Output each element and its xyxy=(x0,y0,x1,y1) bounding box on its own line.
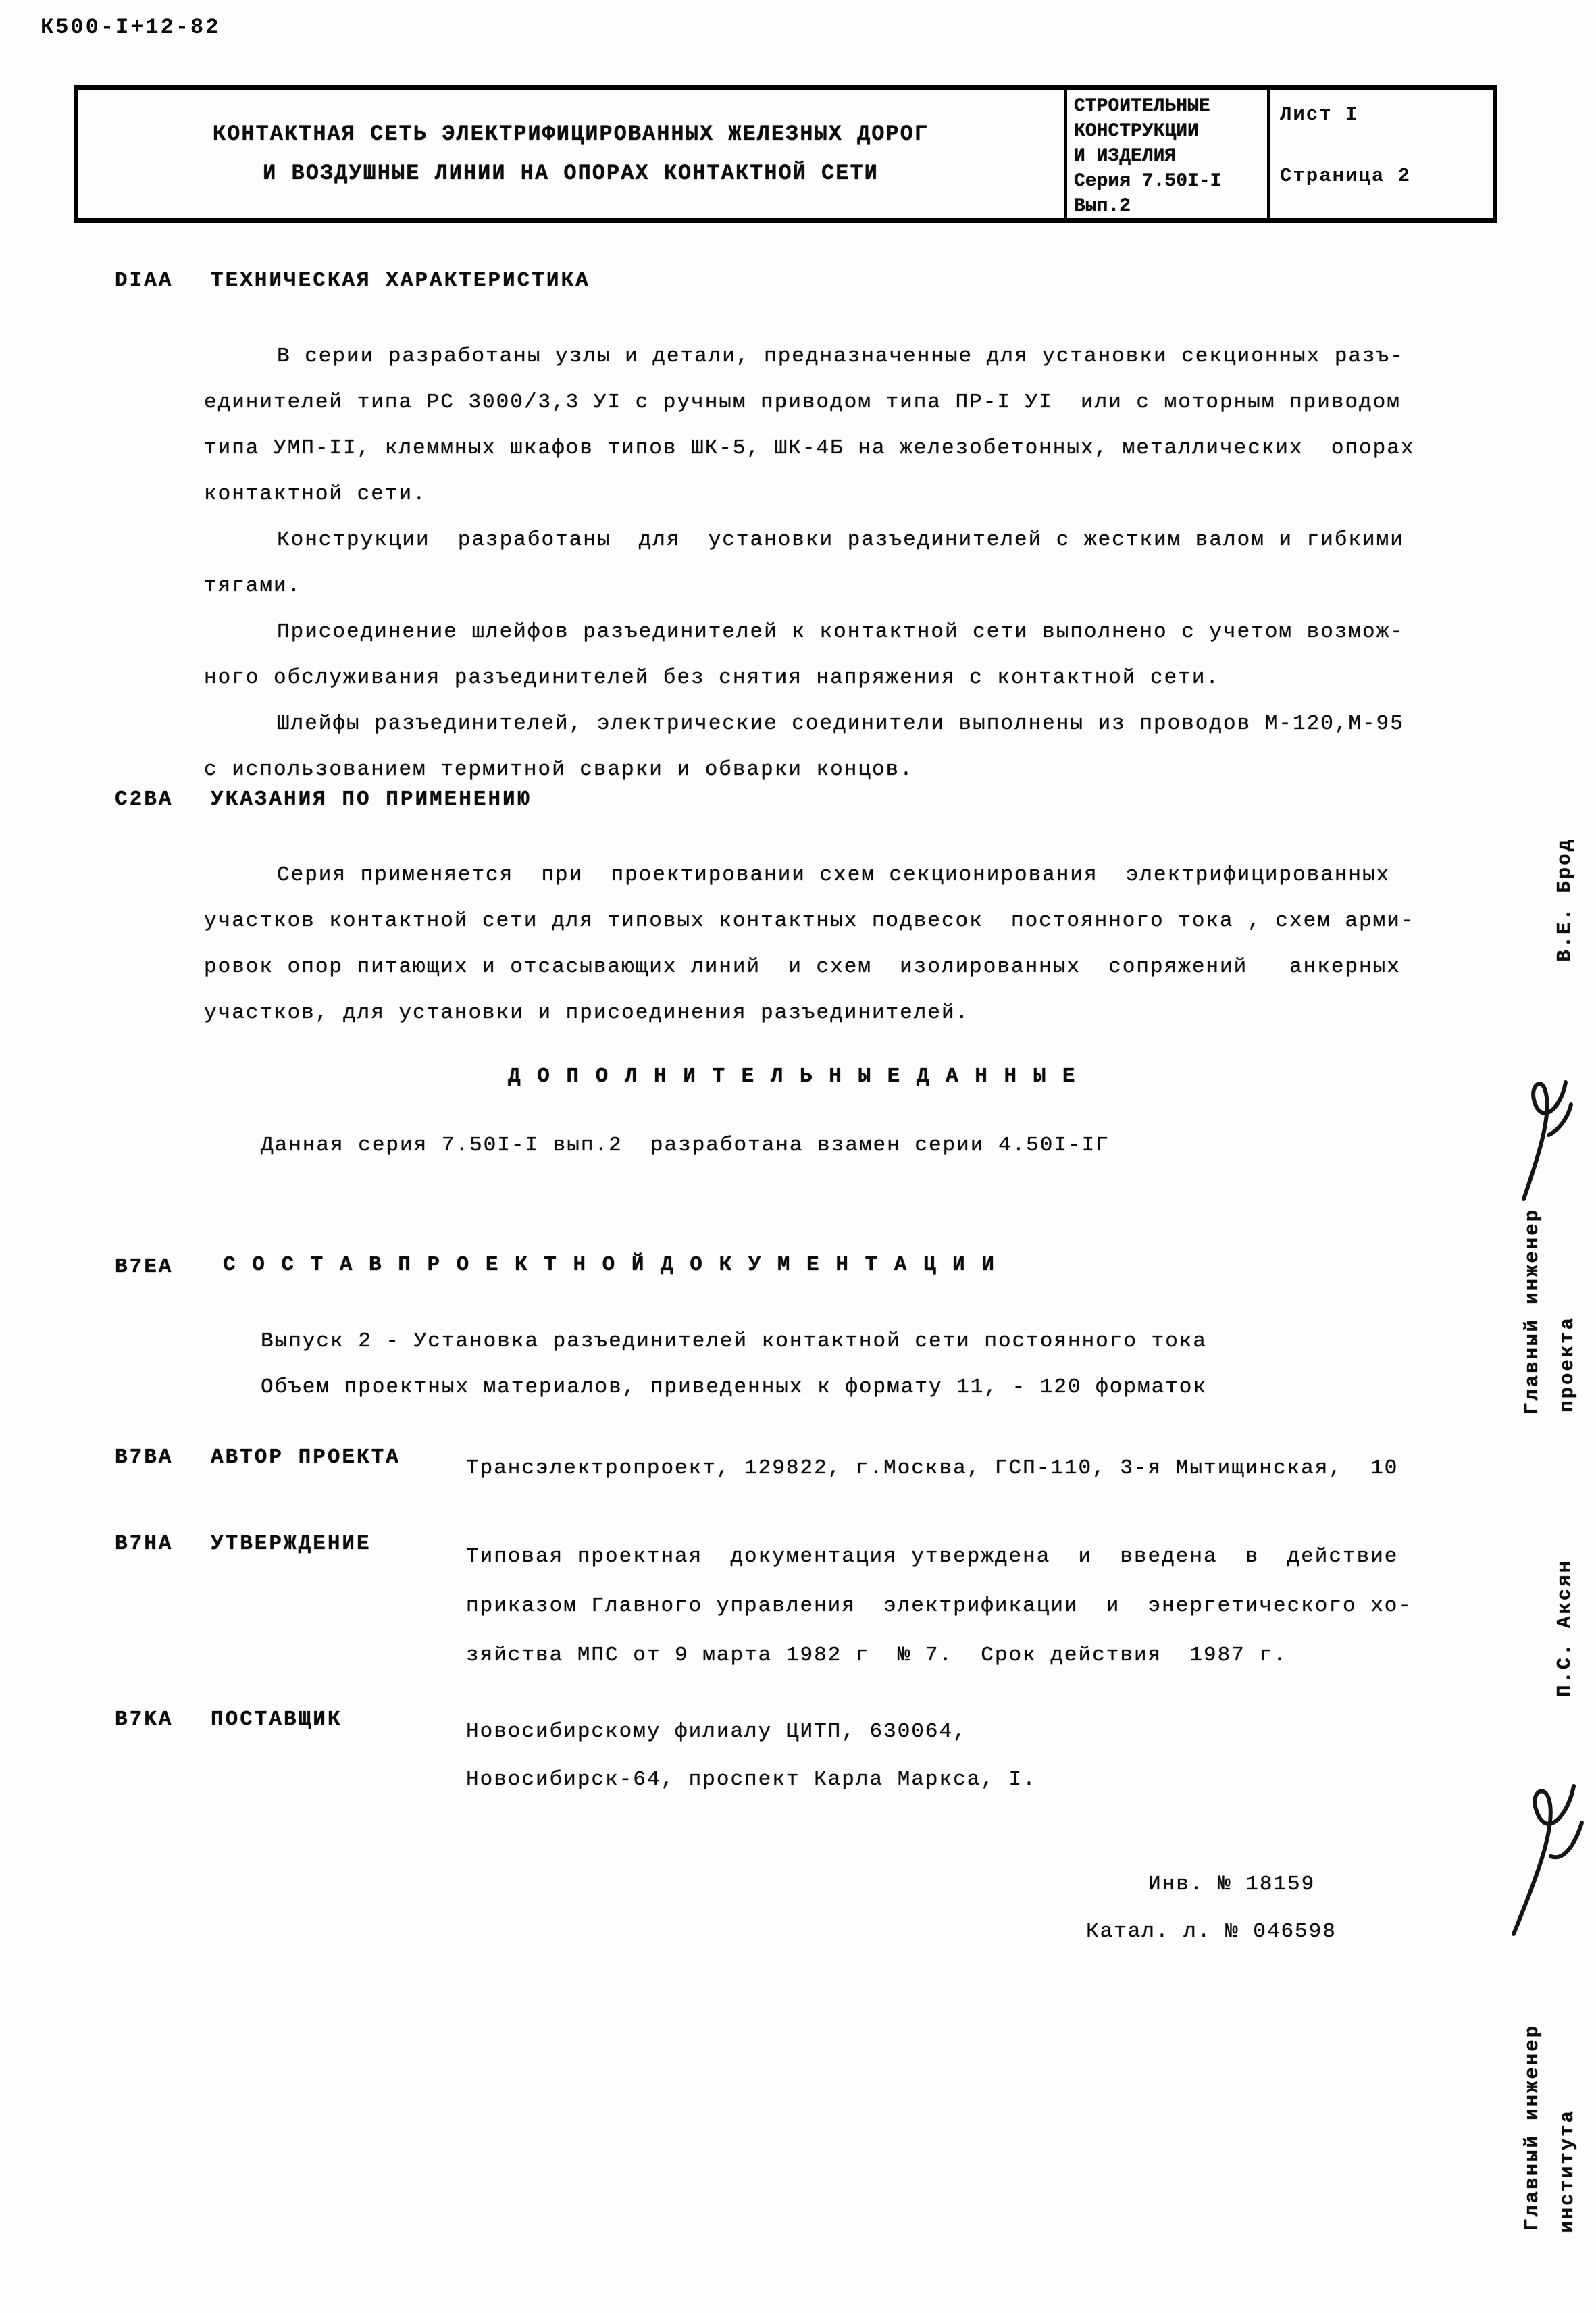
project-engineer-role-line2: проекта xyxy=(1556,1316,1578,1413)
document-title: КОНТАКТНАЯ СЕТЬ ЭЛЕКТРИФИЦИРОВАННЫХ ЖЕЛЕ… xyxy=(213,115,929,193)
tech-paragraph-1: В серии разработаны узлы и детали, предн… xyxy=(204,334,1440,517)
section-title-composition: С О С Т А В П Р О Е К Т Н О Й Д О К У М … xyxy=(223,1253,996,1277)
page-label: Страница 2 xyxy=(1280,165,1484,187)
composition-lines: Выпуск 2 - Установка разъединителей конт… xyxy=(261,1319,1449,1410)
section-title-approval: УТВЕРЖДЕНИЕ xyxy=(211,1532,371,1556)
tech-paragraph-2: Конструкции разработаны для установки ра… xyxy=(204,517,1440,609)
doc-code: К500-I+12-82 xyxy=(41,15,220,40)
scanned-document-page: К500-I+12-82 КОНТАКТНАЯ СЕТЬ ЭЛЕКТРИФИЦИ… xyxy=(0,0,1596,2313)
section-code-c2ba: C2BA xyxy=(115,788,173,811)
usage-paragraph: Серия применяется при проектировании схе… xyxy=(204,853,1440,1036)
additional-data-note: Данная серия 7.50I-I вып.2 разработана в… xyxy=(261,1123,1110,1169)
section-code-diaa: DIAA xyxy=(115,269,173,293)
tech-paragraph-4: Шлейфы разъединителей, электрические сое… xyxy=(204,701,1440,793)
section-code-b7ba: B7BA xyxy=(115,1446,173,1469)
section-title-author: АВТОР ПРОЕКТА xyxy=(211,1446,401,1469)
additional-data-heading: Д О П О Л Н И Т Е Л Ь Н Ы Е Д А Н Н Ы Е xyxy=(508,1065,1077,1088)
classification-text: СТРОИТЕЛЬНЫЕ КОНСТРУКЦИИ И ИЗДЕЛИЯ Серия… xyxy=(1074,94,1260,219)
section-title-supplier: ПОСТАВЩИК xyxy=(211,1708,342,1731)
institute-engineer-name: П.С. Аксян xyxy=(1553,1559,1576,1697)
header-title-cell: КОНТАКТНАЯ СЕТЬ ЭЛЕКТРИФИЦИРОВАННЫХ ЖЕЛЕ… xyxy=(78,90,1064,218)
inventory-number: Инв. № 18159 xyxy=(1148,1862,1315,1908)
header-stamp-box: КОНТАКТНАЯ СЕТЬ ЭЛЕКТРИФИЦИРОВАННЫХ ЖЕЛЕ… xyxy=(74,85,1497,223)
section-title-usage: УКАЗАНИЯ ПО ПРИМЕНЕНИЮ xyxy=(211,788,532,811)
supplier-lines: Новосибирскому филиалу ЦИТП, 630064, Нов… xyxy=(466,1708,1452,1804)
author-value: Трансэлектропроект, 129822, г.Москва, ГС… xyxy=(466,1446,1398,1492)
approval-lines: Типовая проектная документация утвержден… xyxy=(466,1532,1452,1680)
header-sheet-cell: Лист I Страница 2 xyxy=(1270,90,1493,218)
section-title-tech: ТЕХНИЧЕСКАЯ ХАРАКТЕРИСТИКА xyxy=(211,269,590,293)
institute-engineer-role-line1: Главный инженер xyxy=(1521,2024,1543,2231)
section-code-b7ka: B7KA xyxy=(115,1708,173,1731)
tech-paragraph-3: Присоединение шлейфов разъединителей к к… xyxy=(204,609,1440,701)
section-code-b7ha: B7HA xyxy=(115,1532,173,1556)
project-engineer-signature xyxy=(1512,1067,1579,1209)
institute-engineer-role-line2: института xyxy=(1556,2109,1578,2233)
catalog-number: Катал. л. № 046598 xyxy=(1086,1909,1337,1955)
institute-engineer-signature xyxy=(1503,1775,1588,1944)
project-engineer-name: В.Е. Брод xyxy=(1553,838,1576,962)
sheet-label: Лист I xyxy=(1280,103,1484,126)
project-engineer-role-line1: Главный инженер xyxy=(1521,1208,1543,1415)
header-classification-cell: СТРОИТЕЛЬНЫЕ КОНСТРУКЦИИ И ИЗДЕЛИЯ Серия… xyxy=(1064,90,1270,218)
section-code-b7ea: B7EA xyxy=(115,1255,173,1279)
